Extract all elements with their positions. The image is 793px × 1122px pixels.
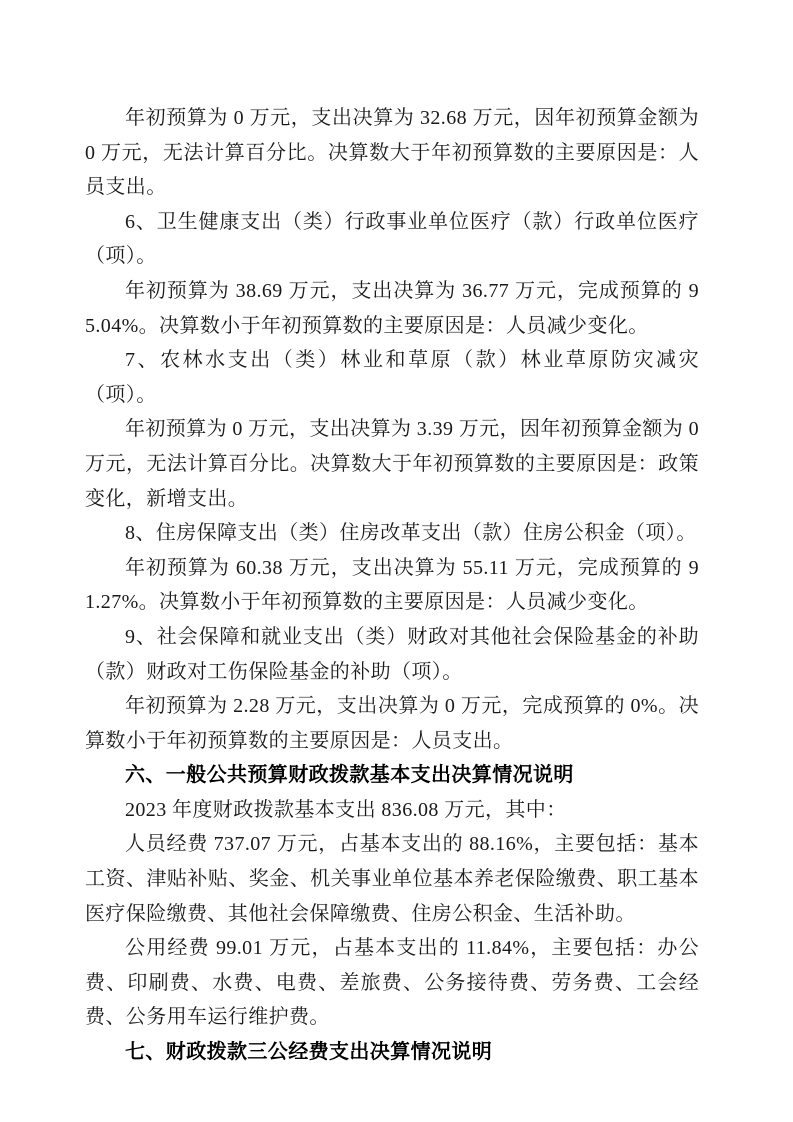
paragraph: 6、卫生健康支出（类）行政事业单位医疗（款）行政单位医疗（项）。 xyxy=(85,205,699,274)
paragraph: 人员经费 737.07 万元，占基本支出的 88.16%，主要包括：基本工资、津… xyxy=(85,827,699,931)
paragraph: 9、社会保障和就业支出（类）财政对其他社会保险基金的补助（款）财政对工伤保险基金… xyxy=(85,620,699,689)
paragraph: 7、农林水支出（类）林业和草原（款）林业草原防灾减灾（项）。 xyxy=(85,343,699,412)
paragraph: 2023 年度财政拨款基本支出 836.08 万元，其中： xyxy=(85,793,699,828)
document-content: 年初预算为 0 万元，支出决算为 32.68 万元，因年初预算金额为 0 万元，… xyxy=(85,101,699,1070)
document-page: 年初预算为 0 万元，支出决算为 32.68 万元，因年初预算金额为 0 万元，… xyxy=(0,0,793,1122)
paragraph: 8、住房保障支出（类）住房改革支出（款）住房公积金（项）。 xyxy=(85,516,699,551)
paragraph: 年初预算为 0 万元，支出决算为 32.68 万元，因年初预算金额为 0 万元，… xyxy=(85,101,699,205)
paragraph: 年初预算为 2.28 万元，支出决算为 0 万元，完成预算的 0%。决算数小于年… xyxy=(85,689,699,758)
paragraph: 年初预算为 0 万元，支出决算为 3.39 万元，因年初预算金额为 0 万元，无… xyxy=(85,412,699,516)
paragraph: 年初预算为 38.69 万元，支出决算为 36.77 万元，完成预算的 95.0… xyxy=(85,274,699,343)
paragraph: 公用经费 99.01 万元，占基本支出的 11.84%，主要包括：办公费、印刷费… xyxy=(85,931,699,1035)
paragraph: 年初预算为 60.38 万元，支出决算为 55.11 万元，完成预算的 91.2… xyxy=(85,551,699,620)
section-heading: 六、一般公共预算财政拨款基本支出决算情况说明 xyxy=(85,758,699,793)
section-heading: 七、财政拨款三公经费支出决算情况说明 xyxy=(85,1035,699,1070)
